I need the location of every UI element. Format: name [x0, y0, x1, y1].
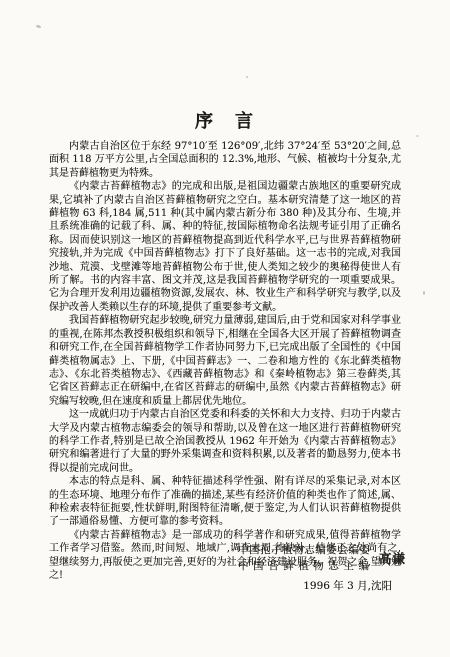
signature-date: 1996 年 3 月,沈阳: [240, 578, 392, 593]
page-title: 序 言: [0, 107, 450, 133]
signature-affiliation-2: 中国苔藓植物志主编: [238, 558, 370, 574]
scan-speck: [246, 76, 248, 78]
scan-speck: [416, 135, 419, 137]
scan-speck: [423, 291, 425, 295]
scanned-preface-page: 序 言 内蒙古自治区位于东经 97°10′至 126°09′,北纬 37°24′…: [0, 0, 450, 657]
paragraph-4: 这一成就归功于内蒙古自治区党委和科委的关怀和大力支持、归功于内蒙古大学及内蒙古植…: [49, 408, 401, 475]
signature-name: 高谦: [379, 549, 406, 567]
scan-speck: [36, 24, 42, 29]
paragraph-1: 内蒙古自治区位于东经 97°10′至 126°09′,北纬 37°24′至 53…: [49, 140, 401, 180]
preface-body: 内蒙古自治区位于东经 97°10′至 126°09′,北纬 37°24′至 53…: [49, 140, 401, 582]
paragraph-5: 本志的特点是科、属、种特征描述科学性强、附有详尽的采集记录,对本区的生态环境、地…: [49, 475, 401, 529]
signature-affiliations: 中国孢子植物志编委会编委 中国苔藓植物志主编: [238, 542, 370, 574]
signature-affiliation-1: 中国孢子植物志编委会编委: [238, 542, 370, 558]
paragraph-2: 《内蒙古苔藓植物志》的完成和出版,是祖国边疆蒙古族地区的重要研究成果,它填补了内…: [49, 180, 401, 314]
paragraph-3: 我国苔藓植物研究起步较晚,研究力量薄弱,建国后,由于党和国家对科学事业的重视,在…: [49, 314, 401, 408]
signature-block: 中国孢子植物志编委会编委 中国苔藓植物志主编 高谦: [238, 542, 406, 574]
